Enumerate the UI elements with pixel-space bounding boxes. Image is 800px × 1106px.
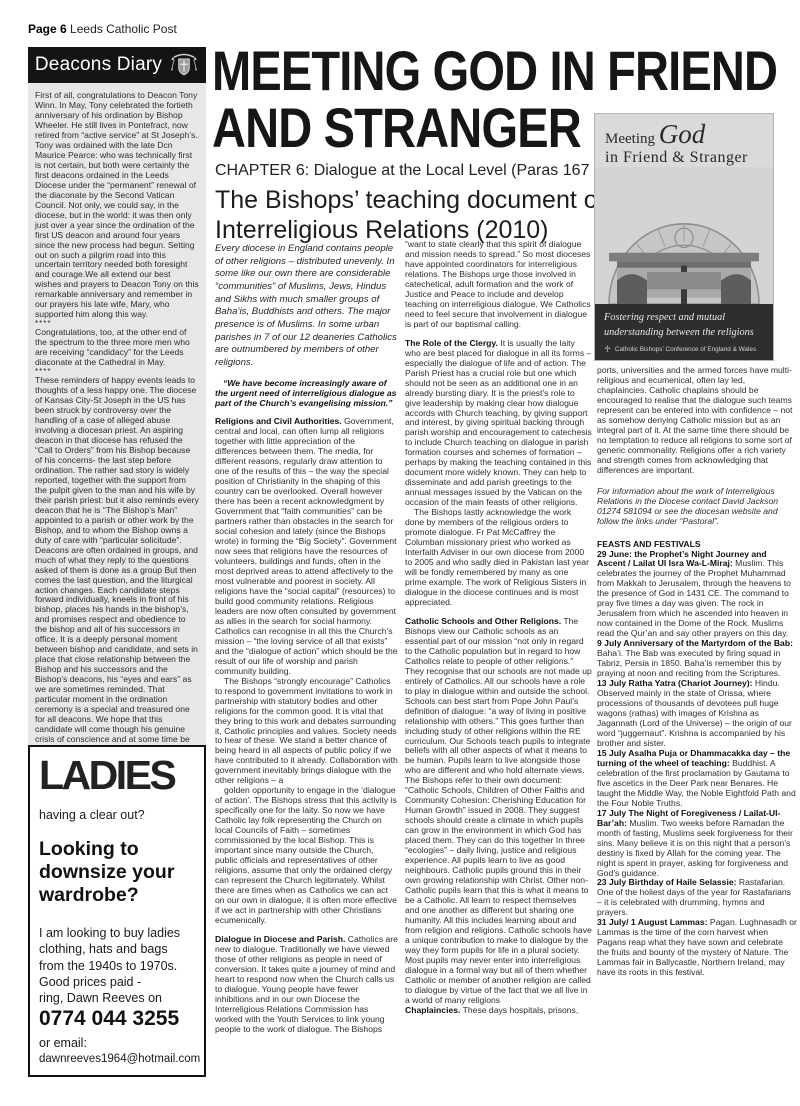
ad-phone-number: 0774 044 3255 [39,1007,195,1031]
paragraph-lead: Catholic Schools and Other Religions. [405,616,561,626]
festival-date-lead: 31 July/ 1 August Lammas: [597,917,707,927]
dd-paragraph: These reminders of happy events leads to… [35,376,199,755]
deacons-diary-article: First of all, congratulations to Deacon … [28,83,206,793]
body-paragraph: Dialogue in Diocese and Parish. Catholic… [215,935,398,1035]
page-number: Page 6 [28,22,67,36]
festival-date-lead: 9 July Anniversary of the Martyrdom of t… [597,638,793,648]
body-paragraph: The Role of the Clergy. It is usually th… [405,339,592,508]
deacons-diary-title: Deacons Diary [35,54,162,76]
contact-info-paragraph: For information about the work of Interr… [597,487,797,527]
cover-publisher: ♱ Catholic Bishops’ Conference of Englan… [604,345,764,354]
dd-paragraph: Congratulations, too, at the other end o… [35,328,199,368]
festival-date-lead: 23 July Birthday of Haile Selassie: [597,877,736,887]
body-paragraph: “want to state clearly that this spirit … [405,240,592,330]
festival-entry: 23 July Birthday of Haile Selassie: Rast… [597,878,797,918]
dd-paragraph: Tony was ordained with the late Dcn Maur… [35,141,199,320]
body-paragraph: Religions and Civil Authorities. Governm… [215,417,398,676]
intro-paragraph: Every diocese in England contains people… [215,243,398,370]
book-cover-band: Fostering respect and mutual understandi… [595,304,773,360]
deacons-diary-column: Deacons Diary First of all, congratulati… [28,47,206,793]
festival-entry: 29 June: the Prophet’s Night Journey and… [597,550,797,640]
book-cover-image: Meeting God in Friend & Stranger [595,114,773,360]
ad-email-label: or email: [39,1035,195,1051]
cover-title-word2: God [659,119,706,149]
body-column-2: “want to state clearly that this spirit … [405,240,592,1016]
newspaper-page: Page 6 Leeds Catholic Post Deacons Diary… [0,0,800,1106]
ad-heading: Looking to downsize your wardrobe? [39,838,195,907]
ladies-classified-ad: LADIES having a clear out? Looking to do… [28,745,206,1077]
gate-arch-illustration [595,167,773,304]
ad-title: LADIES [39,755,195,796]
paragraph-lead: Dialogue in Diocese and Parish. [215,934,345,944]
festival-entry: 9 July Anniversary of the Martyrdom of t… [597,639,797,679]
cover-title-word1: Meeting [605,131,655,147]
publication-name: Leeds Catholic Post [70,22,177,36]
paragraph-lead: Religions and Civil Authorities. [215,416,342,426]
paragraph-lead: Chaplaincies. [405,1005,460,1015]
body-paragraph: Catholic Schools and Other Religions. Th… [405,617,592,1006]
masthead: Page 6 Leeds Catholic Post [28,22,177,36]
cover-publisher-name: Catholic Bishops’ Conference of England … [615,346,756,353]
chapter-strapline: CHAPTER 6: Dialogue at the Local Level (… [215,162,636,180]
ad-prices-line: Good prices paid - [39,974,195,990]
ad-ring-line: ring, Dawn Reeves on [39,990,195,1006]
ad-tagline: having a clear out? [39,808,195,822]
festival-entry: 13 July Ratha Yatra (Chariot Journey): H… [597,679,797,749]
body-column-3: ports, universities and the armed forces… [597,366,797,978]
body-column-1: Every diocese in England contains people… [215,243,398,1035]
festival-entry: 31 July/ 1 August Lammas: Pagan. Lughnas… [597,918,797,978]
diocese-crest-icon [169,50,199,80]
body-paragraph: The Bishops lastly acknowledge the work … [405,508,592,608]
deacons-diary-header: Deacons Diary [28,47,206,83]
body-paragraph: Chaplaincies. These days hospitals, pris… [405,1006,592,1016]
pull-quote: “We have become increasingly aware of th… [215,379,398,409]
paragraph-lead: The Role of the Clergy. [405,338,498,348]
festival-entry: 15 July Asalha Puja or Dhammacakka day –… [597,749,797,809]
body-paragraph: The Bishops “strongly encourage” Catholi… [215,677,398,787]
festival-date-lead: 13 July Ratha Yatra (Chariot Journey): [597,678,753,688]
book-cover-art [595,167,773,304]
headline-line-1: MEETING GOD IN FRIEND [212,42,777,99]
cover-strapline: Fostering respect and mutual understandi… [604,311,764,340]
bishops-conference-logo-icon: ♱ [604,345,611,354]
ad-body-text: I am looking to buy ladies clothing, hat… [39,925,195,974]
cover-title-line2: in Friend & Stranger [605,149,763,167]
festival-entry: 17 July The Night of Foregiveness / Lail… [597,809,797,879]
dd-paragraph: First of all, congratulations to Deacon … [35,91,199,141]
body-paragraph: golden opportunity to engage in the ‘dia… [215,786,398,926]
book-cover-title: Meeting God in Friend & Stranger [595,114,773,167]
ad-email-address: dawnreeves1964@hotmail.com [39,1052,195,1067]
body-paragraph: ports, universities and the armed forces… [597,366,797,476]
article-subhead: The Bishops’ teaching document on Interr… [215,186,645,245]
